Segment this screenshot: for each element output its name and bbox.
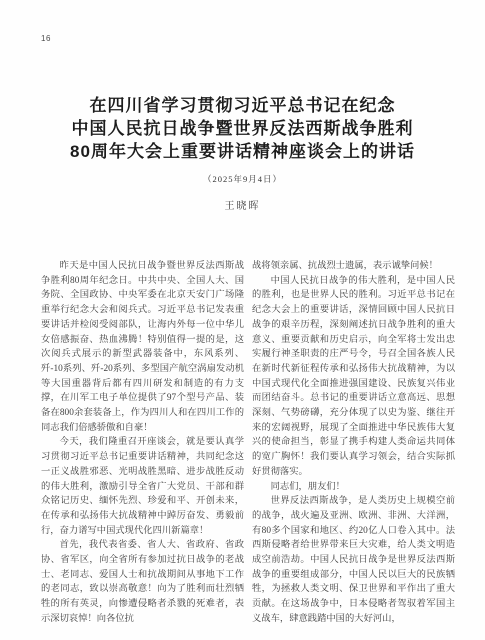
article-date: （2025年9月4日） — [0, 173, 485, 185]
body-paragraph: 首先，我代表省委、省人大、省政府、省政协、省军区，向全省所有参加过抗日战争的老战… — [41, 538, 244, 626]
article-body: 昨天是中国人民抗日战争暨世界反法西斯战争胜利80周年纪念日。中共中央、全国人大、… — [0, 259, 485, 627]
document-page: 16 在四川省学习贯彻习近平总书记在纪念 中国人民抗日战争暨世界反法西斯战争胜利… — [0, 0, 485, 640]
body-paragraph: 世界反法西斯战争，是人类历史上规模空前的战争，战火遍及亚洲、欧洲、非洲、大洋洲，… — [252, 494, 455, 626]
article-title: 在四川省学习贯彻习近平总书记在纪念 中国人民抗日战争暨世界反法西斯战争胜利 80… — [0, 0, 485, 163]
body-paragraph: 昨天是中国人民抗日战争暨世界反法西斯战争胜利80周年纪念日。中共中央、全国人大、… — [41, 259, 244, 435]
title-line-2: 中国人民抗日战争暨世界反法西斯战争胜利 — [0, 117, 485, 140]
left-column: 昨天是中国人民抗日战争暨世界反法西斯战争胜利80周年纪念日。中共中央、全国人大、… — [41, 259, 244, 627]
title-line-1: 在四川省学习贯彻习近平总书记在纪念 — [0, 94, 485, 117]
body-paragraph: 同志们，朋友们！ — [252, 480, 455, 495]
article-author: 王晓晖 — [0, 197, 485, 212]
body-paragraph: 中国人民抗日战争的伟大胜利，是中国人民的胜利，也是世界人民的胜利。习近平总书记在… — [252, 274, 455, 480]
body-paragraph: 战将领亲属、抗战烈士遗属，表示诚挚问候！ — [252, 259, 455, 274]
body-paragraph: 今天，我们隆重召开座谈会，就是要认真学习贯彻习近平总书记重要讲话精神，共同纪念这… — [41, 435, 244, 538]
page-number: 16 — [41, 34, 51, 43]
title-line-3: 80周年大会上重要讲话精神座谈会上的讲话 — [0, 140, 485, 163]
right-column: 战将领亲属、抗战烈士遗属，表示诚挚问候！中国人民抗日战争的伟大胜利，是中国人民的… — [252, 259, 455, 627]
